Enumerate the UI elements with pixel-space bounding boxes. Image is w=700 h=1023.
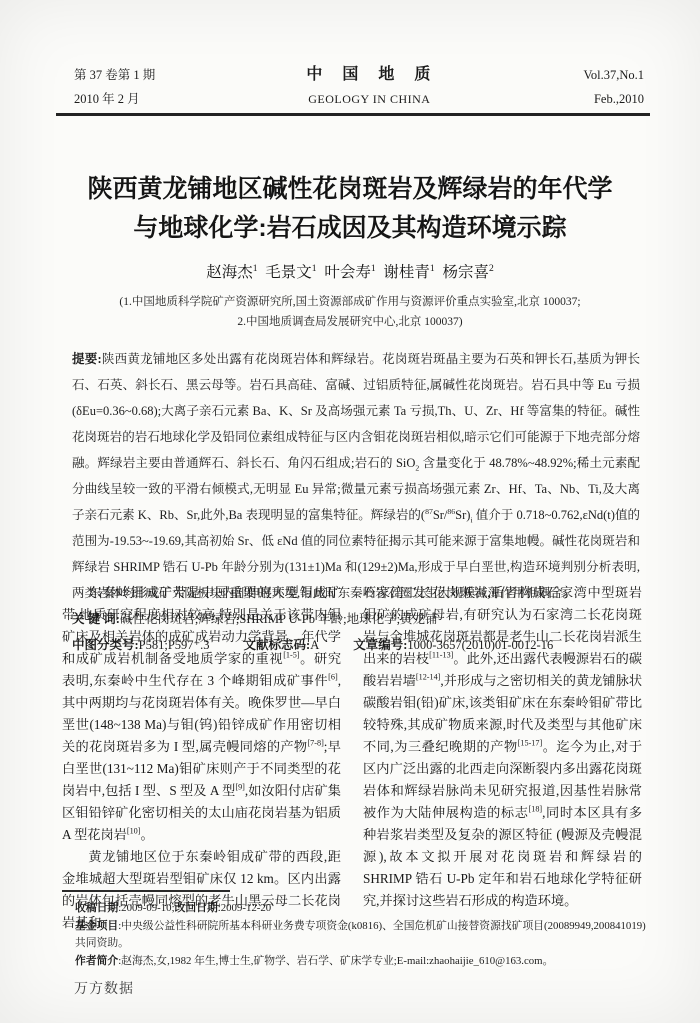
right-column: 石家湾二长花岗斑岩,后者构成石家湾中型斑岩钼矿的成矿母岩,有研究认为石家湾二长花… — [363, 582, 642, 934]
footnote-divider-rule — [62, 890, 230, 892]
affiliations: (1.中国地质科学院矿产资源研究所,国土资源部成矿作用与资源评价重点实验室,北京… — [0, 292, 700, 332]
journal-issue-cn: 第 37 卷第 1 期 2010 年 2 月 — [74, 63, 155, 111]
journal-header: 第 37 卷第 1 期 2010 年 2 月 中 国 地 质 GEOLOGY I… — [74, 63, 644, 111]
volume-issue-en: Vol.37,No.1 — [583, 63, 644, 87]
body-paragraph: 东秦岭钼成矿带是中国重要的大型钼成矿带,地质研究程度相对较高,特别是关于该带内钼… — [62, 582, 341, 846]
body-columns: 东秦岭钼成矿带是中国重要的大型钼成矿带,地质研究程度相对较高,特别是关于该带内钼… — [62, 582, 642, 934]
footnote-author-bio: 作者简介:赵海杰,女,1982 年生,博士生,矿物学、岩石学、矿床学专业;E-m… — [75, 953, 648, 971]
left-column: 东秦岭钼成矿带是中国重要的大型钼成矿带,地质研究程度相对较高,特别是关于该带内钼… — [62, 582, 341, 934]
journal-issue-en: Vol.37,No.1 Feb.,2010 — [583, 63, 644, 111]
journal-name-cn: 中 国 地 质 — [306, 63, 432, 87]
article-title: 陕西黄龙铺地区碱性花岗斑岩及辉绿岩的年代学 与地球化学:岩石成因及其构造环境示踪 — [40, 170, 660, 248]
footnotes: 收稿日期:2009-09-10;改回日期:2009-12-20 基金项目:中央级… — [75, 900, 648, 970]
footnote-received-date: 收稿日期:2009-09-10;改回日期:2009-12-20 — [75, 900, 648, 918]
affiliation-line-2: 2.中国地质调查局发展研究中心,北京 100037) — [0, 312, 700, 332]
header-divider-rule — [56, 113, 650, 116]
affiliation-line-1: (1.中国地质科学院矿产资源研究所,国土资源部成矿作用与资源评价重点实验室,北京… — [0, 292, 700, 312]
abstract-paragraph: 提要:陕西黄龙铺地区多处出露有花岗斑岩体和辉绿岩。花岗斑岩斑晶主要为石英和钾长石… — [72, 346, 640, 606]
pub-date-cn: 2010 年 2 月 — [74, 87, 155, 111]
volume-issue-cn: 第 37 卷第 1 期 — [74, 63, 155, 87]
body-paragraph: 石家湾二长花岗斑岩,后者构成石家湾中型斑岩钼矿的成矿母岩,有研究认为石家湾二长花… — [363, 582, 642, 912]
authors-line: 赵海杰1 毛景文1 叶会寿1 谢桂青1 杨宗喜2 — [0, 260, 700, 282]
title-line-2: 与地球化学:岩石成因及其构造环境示踪 — [40, 209, 660, 248]
title-line-1: 陕西黄龙铺地区碱性花岗斑岩及辉绿岩的年代学 — [40, 170, 660, 209]
journal-name-en: GEOLOGY IN CHINA — [306, 87, 432, 111]
wanfang-watermark: 万方数据 — [74, 978, 134, 998]
paper-page: 第 37 卷第 1 期 2010 年 2 月 中 国 地 质 GEOLOGY I… — [0, 0, 700, 1023]
footnote-fund-project: 基金项目:中央级公益性科研院所基本科研业务费专项资金(k0816)、全国危机矿山… — [75, 918, 648, 953]
pub-date-en: Feb.,2010 — [583, 87, 644, 111]
journal-name-block: 中 国 地 质 GEOLOGY IN CHINA — [306, 63, 432, 111]
